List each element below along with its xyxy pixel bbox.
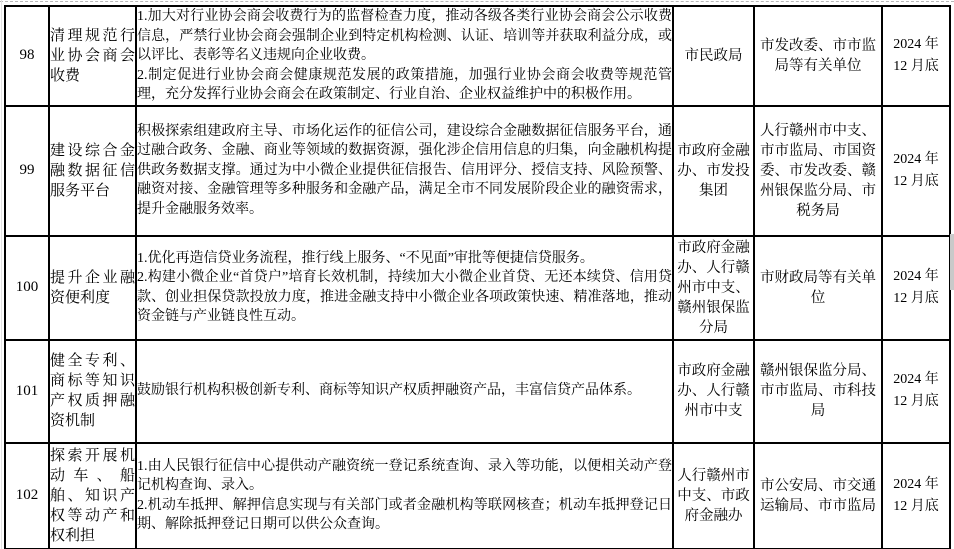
table-row: 99 建设综合金融数据征信服务平台 积极探索组建政府主导、市场化运作的征信公司，… <box>5 106 950 236</box>
table-row: 98 清理规范行业协会商会收费 1.加大对行业协会商会收费行为的监督检查力度，推… <box>5 6 950 106</box>
deadline-cell: 2024 年 12 月底 <box>882 106 950 236</box>
measures-cell: 1.由人民银行征信中心提供动产融资统一登记系统查询、录入等功能，以便相关动产登记… <box>136 443 673 549</box>
measure-paragraph: 积极探索组建政府主导、市场化运作的征信公司，建设综合金融数据征信服务平台，通过融… <box>137 122 672 220</box>
row-number-cell: 101 <box>5 340 49 443</box>
lead-unit-cell: 市政府金融办、人行赣州市中支 <box>673 340 754 443</box>
measure-paragraph: 鼓励银行机构积极创新专利、商标等知识产权质押融资产品，丰富信贷产品体系。 <box>137 381 672 401</box>
measures-cell: 积极探索组建政府主导、市场化运作的征信公司，建设综合金融数据征信服务平台，通过融… <box>136 106 673 236</box>
table-row: 100 提升企业融资便利度 1.优化再造信贷业务流程，推行线上服务、“不见面”审… <box>5 236 950 340</box>
lead-unit-cell: 市政府金融办、人行赣州市中支、赣州银保监分局 <box>673 236 754 340</box>
lead-unit-cell: 人行赣州市中支、市政府金融办 <box>673 443 754 549</box>
table-row: 102 探索开展机动车、船舶、知识产权等动产和权利担 1.由人民银行征信中心提供… <box>5 443 950 549</box>
measure-paragraph: 2.构建小微企业“首贷户”培育长效机制，持续加大小微企业首贷、无还本续贷、信用贷… <box>137 268 672 327</box>
task-name-cell: 建设综合金融数据征信服务平台 <box>49 106 136 236</box>
measure-paragraph: 2.制定促进行业协会商会健康规范发展的政策措施，加强行业协会商会收费等规范管理，… <box>137 66 672 105</box>
task-name-cell: 探索开展机动车、船舶、知识产权等动产和权利担 <box>49 443 136 549</box>
measure-paragraph: 1.由人民银行征信中心提供动产融资统一登记系统查询、录入等功能，以便相关动产登记… <box>137 457 672 496</box>
support-unit-cell: 市公安局、市交通运输局、市市监局 <box>754 443 882 549</box>
support-unit-cell: 市财政局等有关单位 <box>754 236 882 340</box>
row-number-cell: 102 <box>5 443 49 549</box>
measure-paragraph: 1.优化再造信贷业务流程，推行线上服务、“不见面”审批等便捷信贷服务。 <box>137 249 672 269</box>
row-number-cell: 98 <box>5 6 49 106</box>
deadline-cell: 2024 年 12 月底 <box>882 443 950 549</box>
table-row: 101 健全专利、商标等知识产权质押融资机制 鼓励银行机构积极创新专利、商标等知… <box>5 340 950 443</box>
deadline-cell: 2024 年 12 月底 <box>882 340 950 443</box>
support-unit-cell: 人行赣州市中支、市市监局、市国资委、市发改委、赣州银保监分局、市税务局 <box>754 106 882 236</box>
lead-unit-cell: 市民政局 <box>673 6 754 106</box>
measures-cell: 鼓励银行机构积极创新专利、商标等知识产权质押融资产品，丰富信贷产品体系。 <box>136 340 673 443</box>
deadline-cell: 2024 年 12 月底 <box>882 6 950 106</box>
deadline-cell: 2024 年 12 月底 <box>882 236 950 340</box>
task-name-cell: 健全专利、商标等知识产权质押融资机制 <box>49 340 136 443</box>
support-unit-cell: 市发改委、市市监局等有关单位 <box>754 6 882 106</box>
row-number-cell: 99 <box>5 106 49 236</box>
task-plan-table: 98 清理规范行业协会商会收费 1.加大对行业协会商会收费行为的监督检查力度，推… <box>4 5 951 549</box>
measure-paragraph: 2.机动车抵押、解押信息实现与有关部门或者金融机构等联网核查；机动车抵押登记日期… <box>137 496 672 535</box>
measures-cell: 1.优化再造信贷业务流程，推行线上服务、“不见面”审批等便捷信贷服务。 2.构建… <box>136 236 673 340</box>
scrollbar-thumb[interactable] <box>950 234 954 290</box>
page-edge-line <box>1 0 2 549</box>
support-unit-cell: 赣州银保监分局、市市监局、市科技局 <box>754 340 882 443</box>
row-number-cell: 100 <box>5 236 49 340</box>
lead-unit-cell: 市政府金融办、市发投集团 <box>673 106 754 236</box>
task-name-cell: 提升企业融资便利度 <box>49 236 136 340</box>
measure-paragraph: 1.加大对行业协会商会收费行为的监督检查力度，推动各级各类行业协会商会公示收费信… <box>137 7 672 66</box>
page-boundary-dashed-line <box>0 1 954 2</box>
measures-cell: 1.加大对行业协会商会收费行为的监督检查力度，推动各级各类行业协会商会公示收费信… <box>136 6 673 106</box>
task-name-cell: 清理规范行业协会商会收费 <box>49 6 136 106</box>
